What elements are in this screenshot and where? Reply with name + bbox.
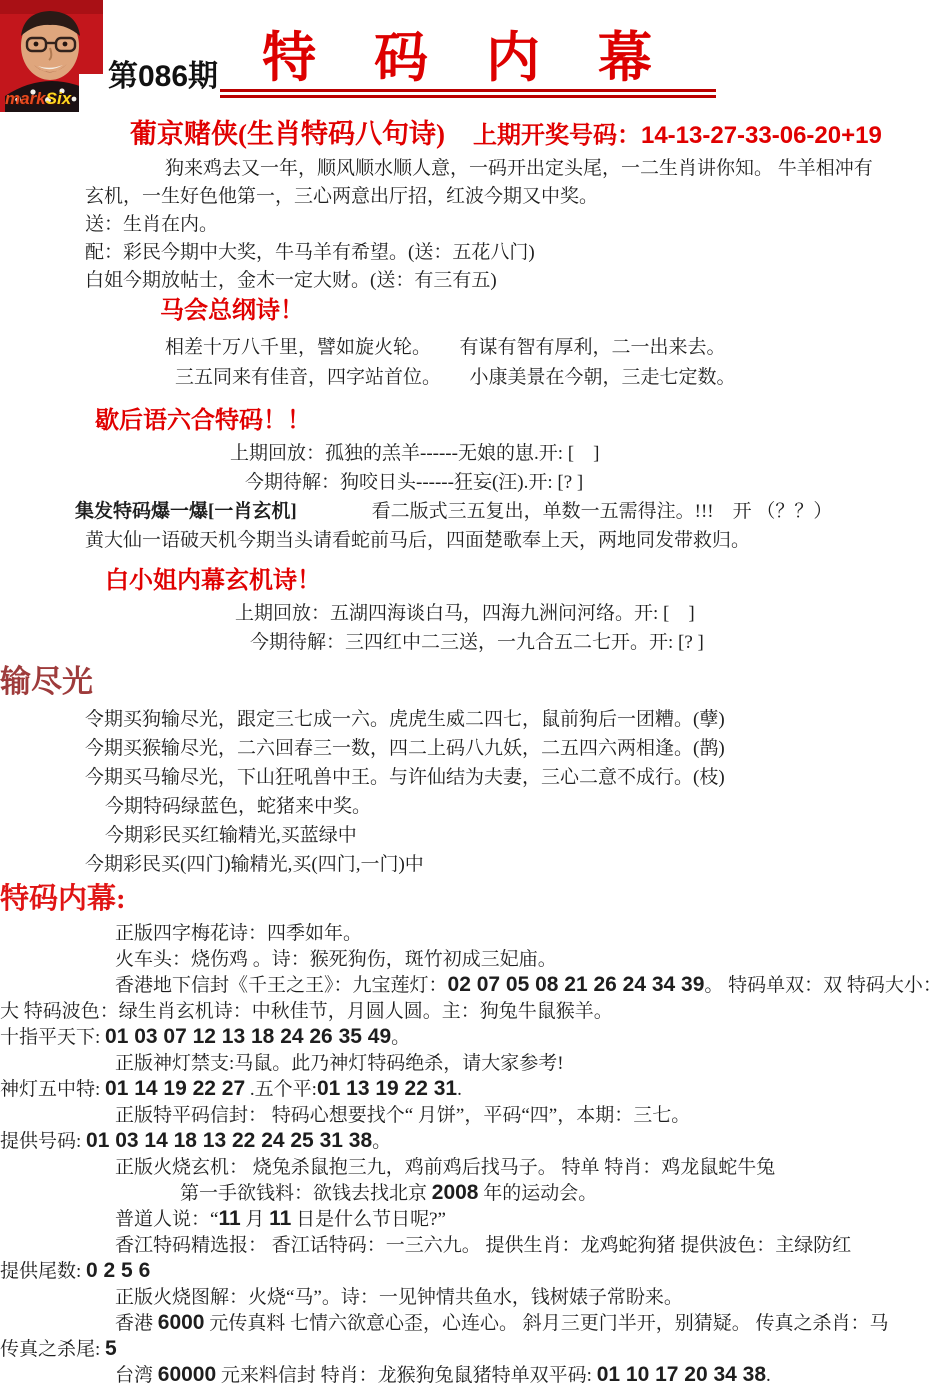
neimu-taiwan-line: 台湾 60000 元来料信封 特肖：龙猴狗兔鼠猪特单双平码: 01 10 17 … xyxy=(115,1363,949,1389)
wuzhongte-numbers: 01 14 19 22 27 xyxy=(105,1077,245,1100)
huangdaxian-line: 黄大仙一语破天机今期当头请看蛇前马后，四面楚歌奉上天，两地同发带救归。 xyxy=(85,526,949,555)
masthead: 第086期 特码内幕 葡京赌侠(生肖特码八句诗) 上期开奖号码：14-13-27… xyxy=(108,0,949,151)
wuzhongte-label: 神灯五中特: xyxy=(0,1079,105,1100)
taiwan-text: 台湾 xyxy=(115,1365,158,1386)
shizhi-period: 。 xyxy=(391,1027,410,1048)
weishu-label: 提供尾数: xyxy=(0,1261,86,1282)
title-underline: 特码内幕 xyxy=(220,30,716,98)
yuqian-year: 2008 xyxy=(432,1181,479,1204)
pudaoren-text-2: 月 xyxy=(241,1209,270,1230)
neimu-tepingma-line: 正版特平码信封： 特码心想要找个“ 月饼”，平码“四”，本期：三七。 xyxy=(115,1103,949,1129)
intro-line: 送：生肖在内。 xyxy=(85,211,949,239)
envelope-text: 香港地下信封《千王之王》：九宝莲灯： xyxy=(115,975,448,996)
neimu-shizhi-line: 十指平天下: 01 03 07 12 13 18 24 26 35 49。 xyxy=(0,1025,949,1051)
wuzhongte-period: . xyxy=(457,1079,462,1100)
shujinguang-line: 令期买狗输尽光，跟定三七成一六。虎虎生威二四七，鼠前狗后一团糟。(孽) xyxy=(85,705,949,734)
shujinguang-line: 今期特码绿蓝色，蛇猪来中奖。 xyxy=(105,792,949,821)
marksix-wordmark: markSix xyxy=(5,89,71,109)
intro-line: 玄机，一生好色他第一，三心两意出厅招，红波今期又中奖。 xyxy=(85,183,949,211)
xiehouyu-last-issue: 上期回放：孤独的羔羊------无娘的崽.开: [ ] xyxy=(230,439,949,468)
neimu-huochetou-line: 火车头：烧伤鸡 。诗：猴死狗伤，斑竹初成三妃庙。 xyxy=(115,947,949,973)
jifa-lead: 集发特码爆一爆[一肖玄机] xyxy=(75,501,297,522)
section-heading-xiehouyu: 歇后语六合特码！！ xyxy=(95,407,949,435)
wugeping-label: .五个平: xyxy=(245,1079,317,1100)
taiwan-price: 60000 xyxy=(158,1363,216,1386)
shizhi-label: 十指平天下: xyxy=(0,1027,105,1048)
issue-number: 第086期 xyxy=(108,62,218,98)
section-heading-neimu: 特码内幕: xyxy=(0,883,949,915)
pudaoren-day-2: 11 xyxy=(269,1207,291,1230)
neimu-envelope-line: 香港地下信封《千王之王》：九宝莲灯：02 07 05 08 21 26 24 3… xyxy=(0,973,949,1025)
wordmark-six: Six xyxy=(46,89,72,108)
taiwan-text-2: 元来料信封 特肖：龙猴狗兔鼠猪特单双平码: xyxy=(216,1365,597,1386)
jifa-rest: 看二版式三五复出，单数一五需得注。!!! 开 （？？） xyxy=(372,501,833,522)
section-shujinguang: 输尽光 令期买狗输尽光，跟定三七成一六。虎虎生威二四七，鼠前狗后一团糟。(孽) … xyxy=(0,665,949,879)
neimu-meihua-line: 正版四字梅花诗：四季如年。 xyxy=(115,921,949,947)
neimu-huoshao-xuanji-line: 正版火烧玄机： 烧兔杀鼠抱三九，鸡前鸡后找马子。 特单 特肖：鸡龙鼠蛇牛兔 xyxy=(115,1155,949,1181)
intro-line: 配：彩民今期中大奖，牛马羊有希望。(送：五花八门) xyxy=(85,239,949,267)
subtitle: 葡京赌侠(生肖特码八句诗) xyxy=(130,112,445,151)
neimu-huoshao-tujie-line: 正版火烧图解：火烧“马”。诗：一见钟情共鱼水，钱树婊子常盼来。 xyxy=(115,1285,949,1311)
mahui-line: 相差十万八千里，譬如旋火轮。 有谋有智有厚利，二一出来去。 xyxy=(165,333,949,363)
neimu-yuqian-line: 第一手欲钱料：欲钱去找北京 2008 年的运动会。 xyxy=(180,1181,949,1207)
title-row: 第086期 特码内幕 xyxy=(108,30,949,98)
logo-corner-notch xyxy=(79,74,103,112)
yuqian-text-2: 年的运动会。 xyxy=(478,1183,597,1204)
neimu-shendeng-wuzhongte-line: 神灯五中特: 01 14 19 22 27 .五个平:01 13 19 22 3… xyxy=(0,1077,949,1103)
shawei-number: 5 xyxy=(105,1337,117,1360)
wordmark-mark: mark xyxy=(5,89,46,108)
neimu-pudaoren-line: 普道人说：“11 月 11 日是什么节日呢?” xyxy=(115,1207,949,1233)
fax-text-2: 元传真料 七情六欲意心歪，心连心。 斜月三更门半开，别猜疑。 传真之杀肖：马 xyxy=(204,1313,888,1334)
tigonghaoma-label: 提供号码: xyxy=(0,1131,86,1152)
neimu-weishu-line: 提供尾数: 0 2 5 6 xyxy=(0,1259,949,1285)
neimu-shawei-line: 传真之杀尾: 5 xyxy=(0,1337,949,1363)
section-intro-poem: 狗来鸡去又一年，顺风顺水顺人意，一码开出定头尾，一二生肖讲你知。 牛羊相冲有 玄… xyxy=(0,155,949,295)
section-mahui: 马会总纲诗！ 相差十万八千里，譬如旋火轮。 有谋有智有厚利，二一出来去。 三五同… xyxy=(0,297,949,393)
shujinguang-line: 今期彩民买红输精光,买蓝绿中 xyxy=(105,821,949,850)
tigonghaoma-period: 。 xyxy=(372,1131,391,1152)
neimu-xiangjiang-line: 香江特码精选报： 香江话特码：一三六九。 提供生肖：龙鸡蛇狗猪 提供波色：主绿防… xyxy=(115,1233,949,1259)
baixiaojie-last-issue: 上期回放：五湖四海谈白马，四海九洲问河络。开: [ ] xyxy=(235,599,949,628)
yuqian-text: 第一手欲钱料：欲钱去找北京 xyxy=(180,1183,432,1204)
mahui-line: 三五同来有佳音，四字站首位。 小康美景在今朝，三走七定数。 xyxy=(175,363,949,393)
page-title: 特码内幕 xyxy=(262,28,710,88)
last-draw-numbers: 上期开奖号码：14-13-27-33-06-20+19 xyxy=(473,115,882,150)
section-heading-baixiaojie: 白小姐内幕玄机诗！ xyxy=(105,567,949,595)
fax-text: 香港 xyxy=(115,1313,158,1334)
taiwan-numbers: 01 10 17 20 34 38 xyxy=(597,1363,766,1386)
section-heading-shujinguang: 输尽光 xyxy=(0,665,949,699)
xiehouyu-current-issue: 今期待解：狗咬日头------狂妄(汪).开: [? ] xyxy=(245,468,949,497)
intro-line: 白姐今期放帖士，金木一定大财。(送：有三有五) xyxy=(85,267,949,295)
neimu-fax-line: 香港 6000 元传真料 七情六欲意心歪，心连心。 斜月三更门半开，别猜疑。 传… xyxy=(115,1311,949,1337)
neimu-shendeng-jinzhi-line: 正版神灯禁支:马鼠。此乃神灯特码绝杀，请大家参考! xyxy=(115,1051,949,1077)
wugeping-numbers: 01 13 19 22 31 xyxy=(317,1077,457,1100)
section-baixiaojie: 白小姐内幕玄机诗！ 上期回放：五湖四海谈白马，四海九洲问河络。开: [ ] 今期… xyxy=(0,567,949,657)
shizhi-numbers: 01 03 07 12 13 18 24 26 35 49 xyxy=(105,1025,391,1048)
baixiaojie-current-issue: 今期待解：三四红中二三送，一九合五二七开。开: [? ] xyxy=(250,628,949,657)
section-xiehouyu: 歇后语六合特码！！ 上期回放：孤独的羔羊------无娘的崽.开: [ ] 今期… xyxy=(0,407,949,555)
section-neimu: 特码内幕: 正版四字梅花诗：四季如年。 火车头：烧伤鸡 。诗：猴死狗伤，斑竹初成… xyxy=(0,883,949,1389)
shawei-label: 传真之杀尾: xyxy=(0,1339,105,1360)
pudaoren-text-3: 日是什么节日呢?” xyxy=(291,1209,446,1230)
marksix-logo: markSix xyxy=(0,0,103,112)
pudaoren-day-1: 11 xyxy=(218,1207,240,1230)
fax-price: 6000 xyxy=(158,1311,205,1334)
section-heading-mahui: 马会总纲诗！ xyxy=(160,297,949,325)
taiwan-period: . xyxy=(766,1365,771,1386)
xiehouyu-jifa-line: 集发特码爆一爆[一肖玄机]看二版式三五复出，单数一五需得注。!!! 开 （？？） xyxy=(75,497,949,526)
shujinguang-line: 今期买猴输尽光，二六回春三一数，四二上码八九妖，二五四六两相逢。(鹊) xyxy=(85,734,949,763)
sub-header-row: 葡京赌侠(生肖特码八句诗) 上期开奖号码：14-13-27-33-06-20+1… xyxy=(130,112,949,151)
shujinguang-line: 今期买马输尽光，下山狂吼兽中王。与许仙结为夫妻，三心二意不成行。(枝) xyxy=(85,763,949,792)
weishu-numbers: 0 2 5 6 xyxy=(86,1259,150,1282)
neimu-tigonghaoma-line: 提供号码: 01 03 14 18 13 22 24 25 31 38。 xyxy=(0,1129,949,1155)
shujinguang-line: 今期彩民买(四门)输精光,买(四门,一门)中 xyxy=(85,850,949,879)
envelope-numbers: 02 07 05 08 21 26 24 34 39 xyxy=(448,973,705,996)
pudaoren-text: 普道人说：“ xyxy=(115,1209,218,1230)
sheet-body: 狗来鸡去又一年，顺风顺水顺人意，一码开出定头尾，一二生肖讲你知。 牛羊相冲有 玄… xyxy=(0,155,949,1389)
intro-line: 狗来鸡去又一年，顺风顺水顺人意，一码开出定头尾，一二生肖讲你知。 牛羊相冲有 xyxy=(165,155,949,183)
tigonghaoma-numbers: 01 03 14 18 13 22 24 25 31 38 xyxy=(86,1129,372,1152)
tip-sheet-page: markSix 第086期 特码内幕 葡京赌侠(生肖特码八句诗) 上期开奖号码：… xyxy=(0,0,949,1395)
